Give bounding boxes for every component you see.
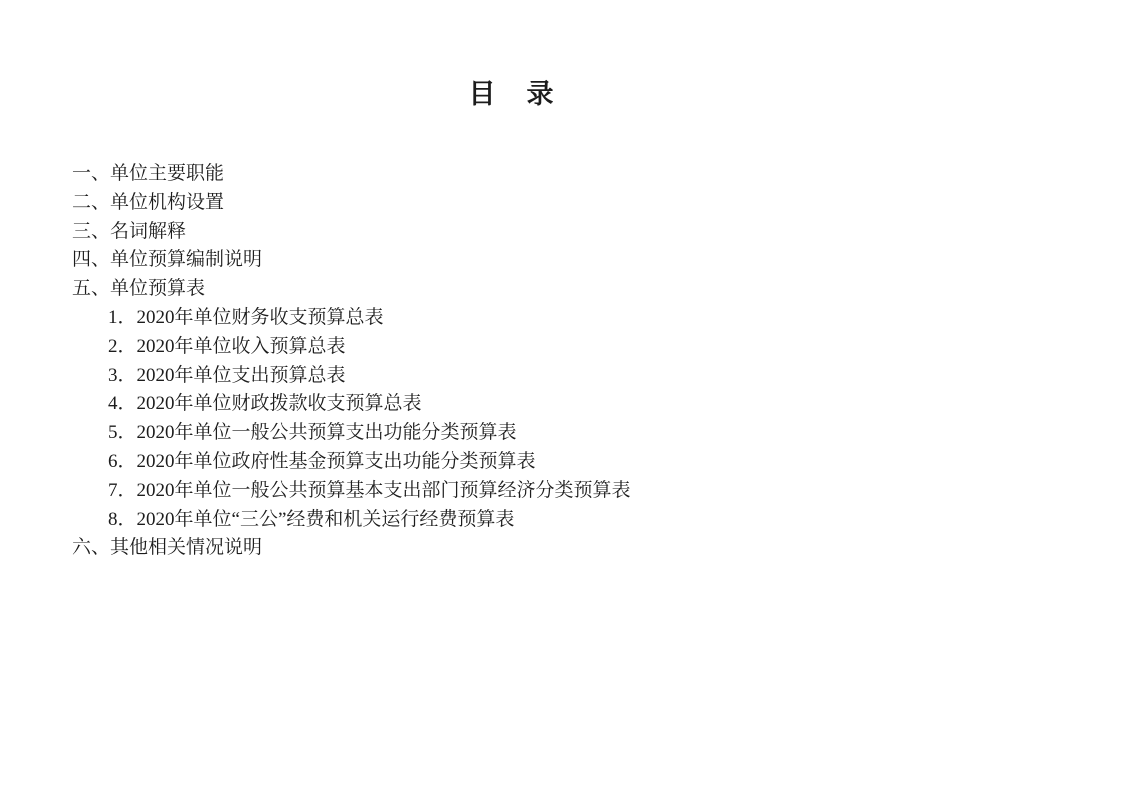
toc-item: 六、其他相关情况说明 — [0, 534, 1122, 563]
toc-item: 一、单位主要职能 — [0, 160, 1122, 189]
toc-item-label: 单位主要职能 — [110, 163, 224, 184]
toc-subitem: 7．2020年单位一般公共预算基本支出部门预算经济分类预算表 — [0, 477, 1122, 506]
toc-item-label: 2020年单位收入预算总表 — [137, 336, 346, 357]
toc-subitem: 3．2020年单位支出预算总表 — [0, 362, 1122, 391]
toc-item: 五、单位预算表 — [0, 275, 1122, 304]
toc-item: 二、单位机构设置 — [0, 189, 1122, 218]
toc-item-label: 2020年单位支出预算总表 — [137, 365, 346, 386]
toc-item-label: 2020年单位一般公共预算支出功能分类预算表 — [137, 422, 517, 443]
toc-item-marker: 五、 — [72, 278, 110, 299]
toc-item-label: 2020年单位政府性基金预算支出功能分类预算表 — [137, 451, 536, 472]
toc-item-marker: 6． — [108, 451, 137, 472]
toc-item-label: 2020年单位一般公共预算基本支出部门预算经济分类预算表 — [137, 480, 631, 501]
toc-item-label: 单位预算表 — [110, 278, 205, 299]
toc-item-marker: 7． — [108, 480, 137, 501]
toc-item-marker: 3． — [108, 365, 137, 386]
toc-item-label: 2020年单位财务收支预算总表 — [137, 307, 384, 328]
toc-item-marker: 5． — [108, 422, 137, 443]
toc-item-marker: 六、 — [72, 537, 110, 558]
toc-item-marker: 8． — [108, 509, 137, 530]
toc-subitem: 2．2020年单位收入预算总表 — [0, 333, 1122, 362]
toc-subitem: 5．2020年单位一般公共预算支出功能分类预算表 — [0, 419, 1122, 448]
toc-item-marker: 4． — [108, 393, 137, 414]
toc-item-label: 单位预算编制说明 — [110, 249, 262, 270]
toc-item-marker: 2． — [108, 336, 137, 357]
toc-item-label: 2020年单位“三公”经费和机关运行经费预算表 — [137, 509, 515, 530]
toc-item-marker: 三、 — [72, 221, 110, 242]
page-title: 目 录 — [0, 72, 1024, 111]
toc-item: 三、名词解释 — [0, 218, 1122, 247]
toc-subitem: 8．2020年单位“三公”经费和机关运行经费预算表 — [0, 506, 1122, 535]
toc-item-label: 其他相关情况说明 — [110, 537, 262, 558]
toc-item-marker: 一、 — [72, 163, 110, 184]
toc-subitem: 1．2020年单位财务收支预算总表 — [0, 304, 1122, 333]
toc-subitem: 6．2020年单位政府性基金预算支出功能分类预算表 — [0, 448, 1122, 477]
toc-item-marker: 二、 — [72, 192, 110, 213]
toc-item-marker: 1． — [108, 307, 137, 328]
document-page: 目 录 一、单位主要职能 二、单位机构设置 三、名词解释 四、单位预算编制说明 … — [0, 0, 1122, 793]
toc-item: 四、单位预算编制说明 — [0, 246, 1122, 275]
toc-subitem: 4．2020年单位财政拨款收支预算总表 — [0, 390, 1122, 419]
toc-item-label: 2020年单位财政拨款收支预算总表 — [137, 393, 422, 414]
table-of-contents: 一、单位主要职能 二、单位机构设置 三、名词解释 四、单位预算编制说明 五、单位… — [0, 160, 1122, 563]
toc-item-label: 单位机构设置 — [110, 192, 224, 213]
toc-item-label: 名词解释 — [110, 221, 186, 242]
toc-item-marker: 四、 — [72, 249, 110, 270]
